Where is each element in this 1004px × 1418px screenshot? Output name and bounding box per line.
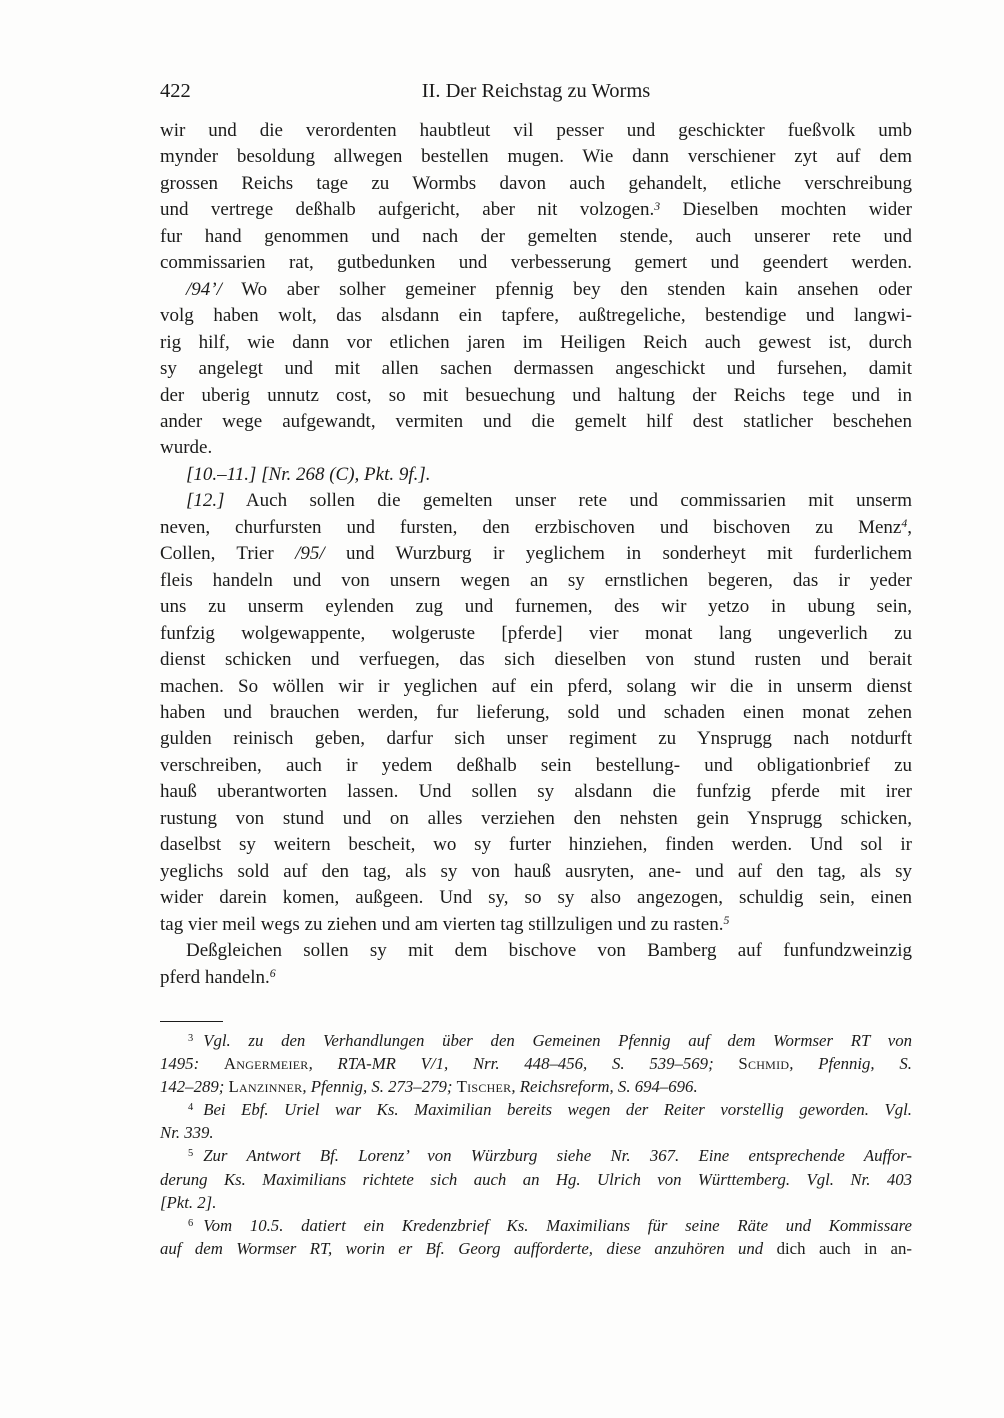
- book-page: 422 II. Der Reichstag zu Worms wir und d…: [0, 0, 1004, 1418]
- text-run: [10.–11.] [Nr. 268 (C), Pkt. 9f.].: [186, 464, 431, 485]
- text-run: grossen Reichs tage zu Wormbs davon auch…: [160, 173, 912, 194]
- paragraph: /94’/ Wo aber solher gemeiner pfennig be…: [160, 277, 912, 462]
- text-line: der uberig unnutz cost, so mit besuechun…: [160, 383, 912, 409]
- text-run: fleis handeln und von unsern wegen an sy…: [160, 570, 912, 591]
- text-line: auf dem Wormser RT, worin er Bf. Georg a…: [160, 1237, 912, 1260]
- text-run: 5: [724, 914, 730, 927]
- text-line: 5Zur Antwort Bf. Lorenz’ von Würzburg si…: [160, 1144, 912, 1167]
- footnote-marker: 5: [188, 1148, 193, 1159]
- text-line: neven, churfursten und fursten, den erzb…: [160, 515, 912, 541]
- text-line: 1495: Angermeier, RTA-MR V/1, Nrr. 448–4…: [160, 1052, 912, 1075]
- text-line: fur hand genommen und nach der gemelten …: [160, 224, 912, 250]
- text-run: 1495:: [160, 1054, 224, 1073]
- text-run: Dieselben mochten wider: [660, 199, 912, 220]
- text-run: neven, churfursten und fursten, den erzb…: [160, 517, 901, 538]
- text-line: Collen, Trier /95/ und Wurzburg ir yegli…: [160, 541, 912, 567]
- text-line: grossen Reichs tage zu Wormbs davon auch…: [160, 171, 912, 197]
- text-line: ander wege aufgewandt, vermiten und die …: [160, 409, 912, 435]
- text-line: 142–289; Lanzinner, Pfennig, S. 273–279;…: [160, 1075, 912, 1098]
- footnote-separator: [160, 1021, 223, 1022]
- footnotes-section: 3Vgl. zu den Verhandlungen über den Geme…: [160, 1029, 912, 1260]
- text-run: pferd handeln.: [160, 967, 270, 988]
- text-run: verschreiben, auch ir yedem deßhalb sein…: [160, 755, 912, 776]
- text-run: hauß uberantworten lassen. Und sollen sy…: [160, 781, 912, 802]
- text-line: Deßgleichen sollen sy mit dem bischove v…: [160, 938, 912, 964]
- text-line: pferd handeln.6: [160, 965, 912, 991]
- text-run: Auch sollen die gemelten unser rete und …: [225, 490, 912, 511]
- footnote-marker: 6: [188, 1218, 193, 1229]
- text-run: mynder besoldung allwegen bestellen muge…: [160, 146, 912, 167]
- text-run: volg haben wolt, das alsdann ein tapfere…: [160, 305, 912, 326]
- text-line: und vertrege deßhalb aufgericht, aber ni…: [160, 197, 912, 223]
- text-run: derung Ks. Maximilians richtete sich auc…: [160, 1170, 912, 1189]
- text-line: hauß uberantworten lassen. Und sollen sy…: [160, 779, 912, 805]
- text-line: 3Vgl. zu den Verhandlungen über den Geme…: [160, 1029, 912, 1052]
- text-run: und Wurzburg ir yeglichem in sonderheyt …: [325, 543, 912, 564]
- text-line: wider darein komen, außgeen. Und sy, so …: [160, 885, 912, 911]
- text-run: Collen, Trier: [160, 543, 295, 564]
- text-line: 4Bei Ebf. Uriel war Ks. Maximilian berei…: [160, 1098, 912, 1121]
- text-run: machen. So wöllen wir ir yeglichen auf e…: [160, 676, 912, 697]
- paragraph: Deßgleichen sollen sy mit dem bischove v…: [160, 938, 912, 991]
- text-line: uns zu unserm eylenden zug und furnemen,…: [160, 594, 912, 620]
- text-run: /94’/: [186, 279, 222, 300]
- text-run: , Reichsreform, S. 694–696.: [511, 1077, 697, 1096]
- text-run: , Pfennig, S. 273–279;: [302, 1077, 456, 1096]
- footnote: 6Vom 10.5. datiert ein Kredenzbrief Ks. …: [160, 1214, 912, 1260]
- text-run: Deßgleichen sollen sy mit dem bischove v…: [186, 940, 912, 961]
- paragraph: [10.–11.] [Nr. 268 (C), Pkt. 9f.].: [160, 462, 912, 488]
- text-run: auf dem Wormser RT, worin er Bf. Georg a…: [160, 1239, 777, 1258]
- text-run: Schmid: [738, 1054, 789, 1073]
- text-run: wurde.: [160, 437, 212, 458]
- text-run: und vertrege deßhalb aufgericht, aber ni…: [160, 199, 654, 220]
- text-run: rustung von stund und on alles verziehen…: [160, 808, 912, 829]
- page-number: 422: [160, 78, 191, 104]
- text-line: [Pkt. 2].: [160, 1191, 912, 1214]
- text-run: Tischer: [457, 1077, 512, 1096]
- text-line: Nr. 339.: [160, 1121, 912, 1144]
- text-run: daselbst sy weitern bescheit, wo sy furt…: [160, 834, 912, 855]
- running-title: II. Der Reichstag zu Worms: [160, 78, 912, 104]
- text-run: dich auch in an-: [777, 1239, 912, 1258]
- footnote-marker: 3: [188, 1033, 193, 1044]
- text-run: sy angelegt und mit allen sachen dermass…: [160, 358, 912, 379]
- text-line: machen. So wöllen wir ir yeglichen auf e…: [160, 674, 912, 700]
- text-line: wurde.: [160, 435, 912, 461]
- text-run: Vgl. zu den Verhandlungen über den Gemei…: [203, 1031, 912, 1050]
- text-run: [Pkt. 2].: [160, 1193, 216, 1212]
- text-line: rustung von stund und on alles verziehen…: [160, 806, 912, 832]
- paragraph: wir und die verordenten haubtleut vil pe…: [160, 118, 912, 277]
- text-line: yeglichs sold auf den tag, als sy von ha…: [160, 859, 912, 885]
- text-run: funfzig wolgewappente, wolgeruste [pferd…: [160, 623, 912, 644]
- text-line: funfzig wolgewappente, wolgeruste [pferd…: [160, 621, 912, 647]
- text-run: dienst schicken und verfuegen, das sich …: [160, 649, 912, 670]
- text-line: [10.–11.] [Nr. 268 (C), Pkt. 9f.].: [160, 462, 912, 488]
- text-run: Zur Antwort Bf. Lorenz’ von Würzburg sie…: [203, 1146, 912, 1165]
- text-line: volg haben wolt, das alsdann ein tapfere…: [160, 303, 912, 329]
- text-line: sy angelegt und mit allen sachen dermass…: [160, 356, 912, 382]
- text-run: 4: [901, 517, 907, 530]
- text-run: rig hilf, wie dann vor etlichen jaren im…: [160, 332, 912, 353]
- footnote-marker: 4: [188, 1102, 193, 1113]
- text-line: gulden reinisch geben, darfur sich unser…: [160, 726, 912, 752]
- text-run: Vom 10.5. datiert ein Kredenzbrief Ks. M…: [203, 1216, 912, 1235]
- text-run: Wo aber solher gemeiner pfennig bey den …: [222, 279, 912, 300]
- text-run: commissarien rat, gutbedunken und verbes…: [160, 252, 912, 273]
- text-run: 6: [270, 967, 276, 980]
- text-run: gulden reinisch geben, darfur sich unser…: [160, 728, 912, 749]
- text-run: yeglichs sold auf den tag, als sy von ha…: [160, 861, 912, 882]
- text-line: wir und die verordenten haubtleut vil pe…: [160, 118, 912, 144]
- text-run: 142–289;: [160, 1077, 229, 1096]
- body-text: wir und die verordenten haubtleut vil pe…: [160, 118, 912, 991]
- text-run: [12.]: [186, 490, 225, 511]
- text-line: [12.] Auch sollen die gemelten unser ret…: [160, 488, 912, 514]
- text-line: rig hilf, wie dann vor etlichen jaren im…: [160, 330, 912, 356]
- text-run: , RTA-MR V/1, Nrr. 448–456, S. 539–569;: [309, 1054, 739, 1073]
- text-run: /95/: [295, 543, 325, 564]
- text-run: uns zu unserm eylenden zug und furnemen,…: [160, 596, 912, 617]
- paragraph: [12.] Auch sollen die gemelten unser ret…: [160, 488, 912, 938]
- text-run: tag vier meil wegs zu ziehen und am vier…: [160, 914, 724, 935]
- text-line: commissarien rat, gutbedunken und verbes…: [160, 250, 912, 276]
- text-run: Nr. 339.: [160, 1123, 214, 1142]
- text-line: verschreiben, auch ir yedem deßhalb sein…: [160, 753, 912, 779]
- text-line: fleis handeln und von unsern wegen an sy…: [160, 568, 912, 594]
- text-run: wider darein komen, außgeen. Und sy, so …: [160, 887, 912, 908]
- footnote: 5Zur Antwort Bf. Lorenz’ von Würzburg si…: [160, 1144, 912, 1213]
- text-run: , Pfennig, S.: [789, 1054, 912, 1073]
- text-line: daselbst sy weitern bescheit, wo sy furt…: [160, 832, 912, 858]
- text-line: tag vier meil wegs zu ziehen und am vier…: [160, 912, 912, 938]
- text-line: dienst schicken und verfuegen, das sich …: [160, 647, 912, 673]
- text-run: ander wege aufgewandt, vermiten und die …: [160, 411, 912, 432]
- text-line: haben und brauchen werden, fur lieferung…: [160, 700, 912, 726]
- text-line: mynder besoldung allwegen bestellen muge…: [160, 144, 912, 170]
- page-header: 422 II. Der Reichstag zu Worms: [160, 78, 912, 104]
- text-run: Lanzinner: [229, 1077, 303, 1096]
- text-run: fur hand genommen und nach der gemelten …: [160, 226, 912, 247]
- text-line: /94’/ Wo aber solher gemeiner pfennig be…: [160, 277, 912, 303]
- text-run: wir und die verordenten haubtleut vil pe…: [160, 120, 912, 141]
- text-run: Angermeier: [224, 1054, 309, 1073]
- text-run: 3: [654, 200, 660, 213]
- text-run: der uberig unnutz cost, so mit besuechun…: [160, 385, 912, 406]
- footnote: 3Vgl. zu den Verhandlungen über den Geme…: [160, 1029, 912, 1098]
- text-line: derung Ks. Maximilians richtete sich auc…: [160, 1168, 912, 1191]
- text-line: 6Vom 10.5. datiert ein Kredenzbrief Ks. …: [160, 1214, 912, 1237]
- text-run: ,: [907, 517, 912, 538]
- text-run: Bei Ebf. Uriel war Ks. Maximilian bereit…: [203, 1100, 912, 1119]
- text-run: haben und brauchen werden, fur lieferung…: [160, 702, 912, 723]
- footnote: 4Bei Ebf. Uriel war Ks. Maximilian berei…: [160, 1098, 912, 1144]
